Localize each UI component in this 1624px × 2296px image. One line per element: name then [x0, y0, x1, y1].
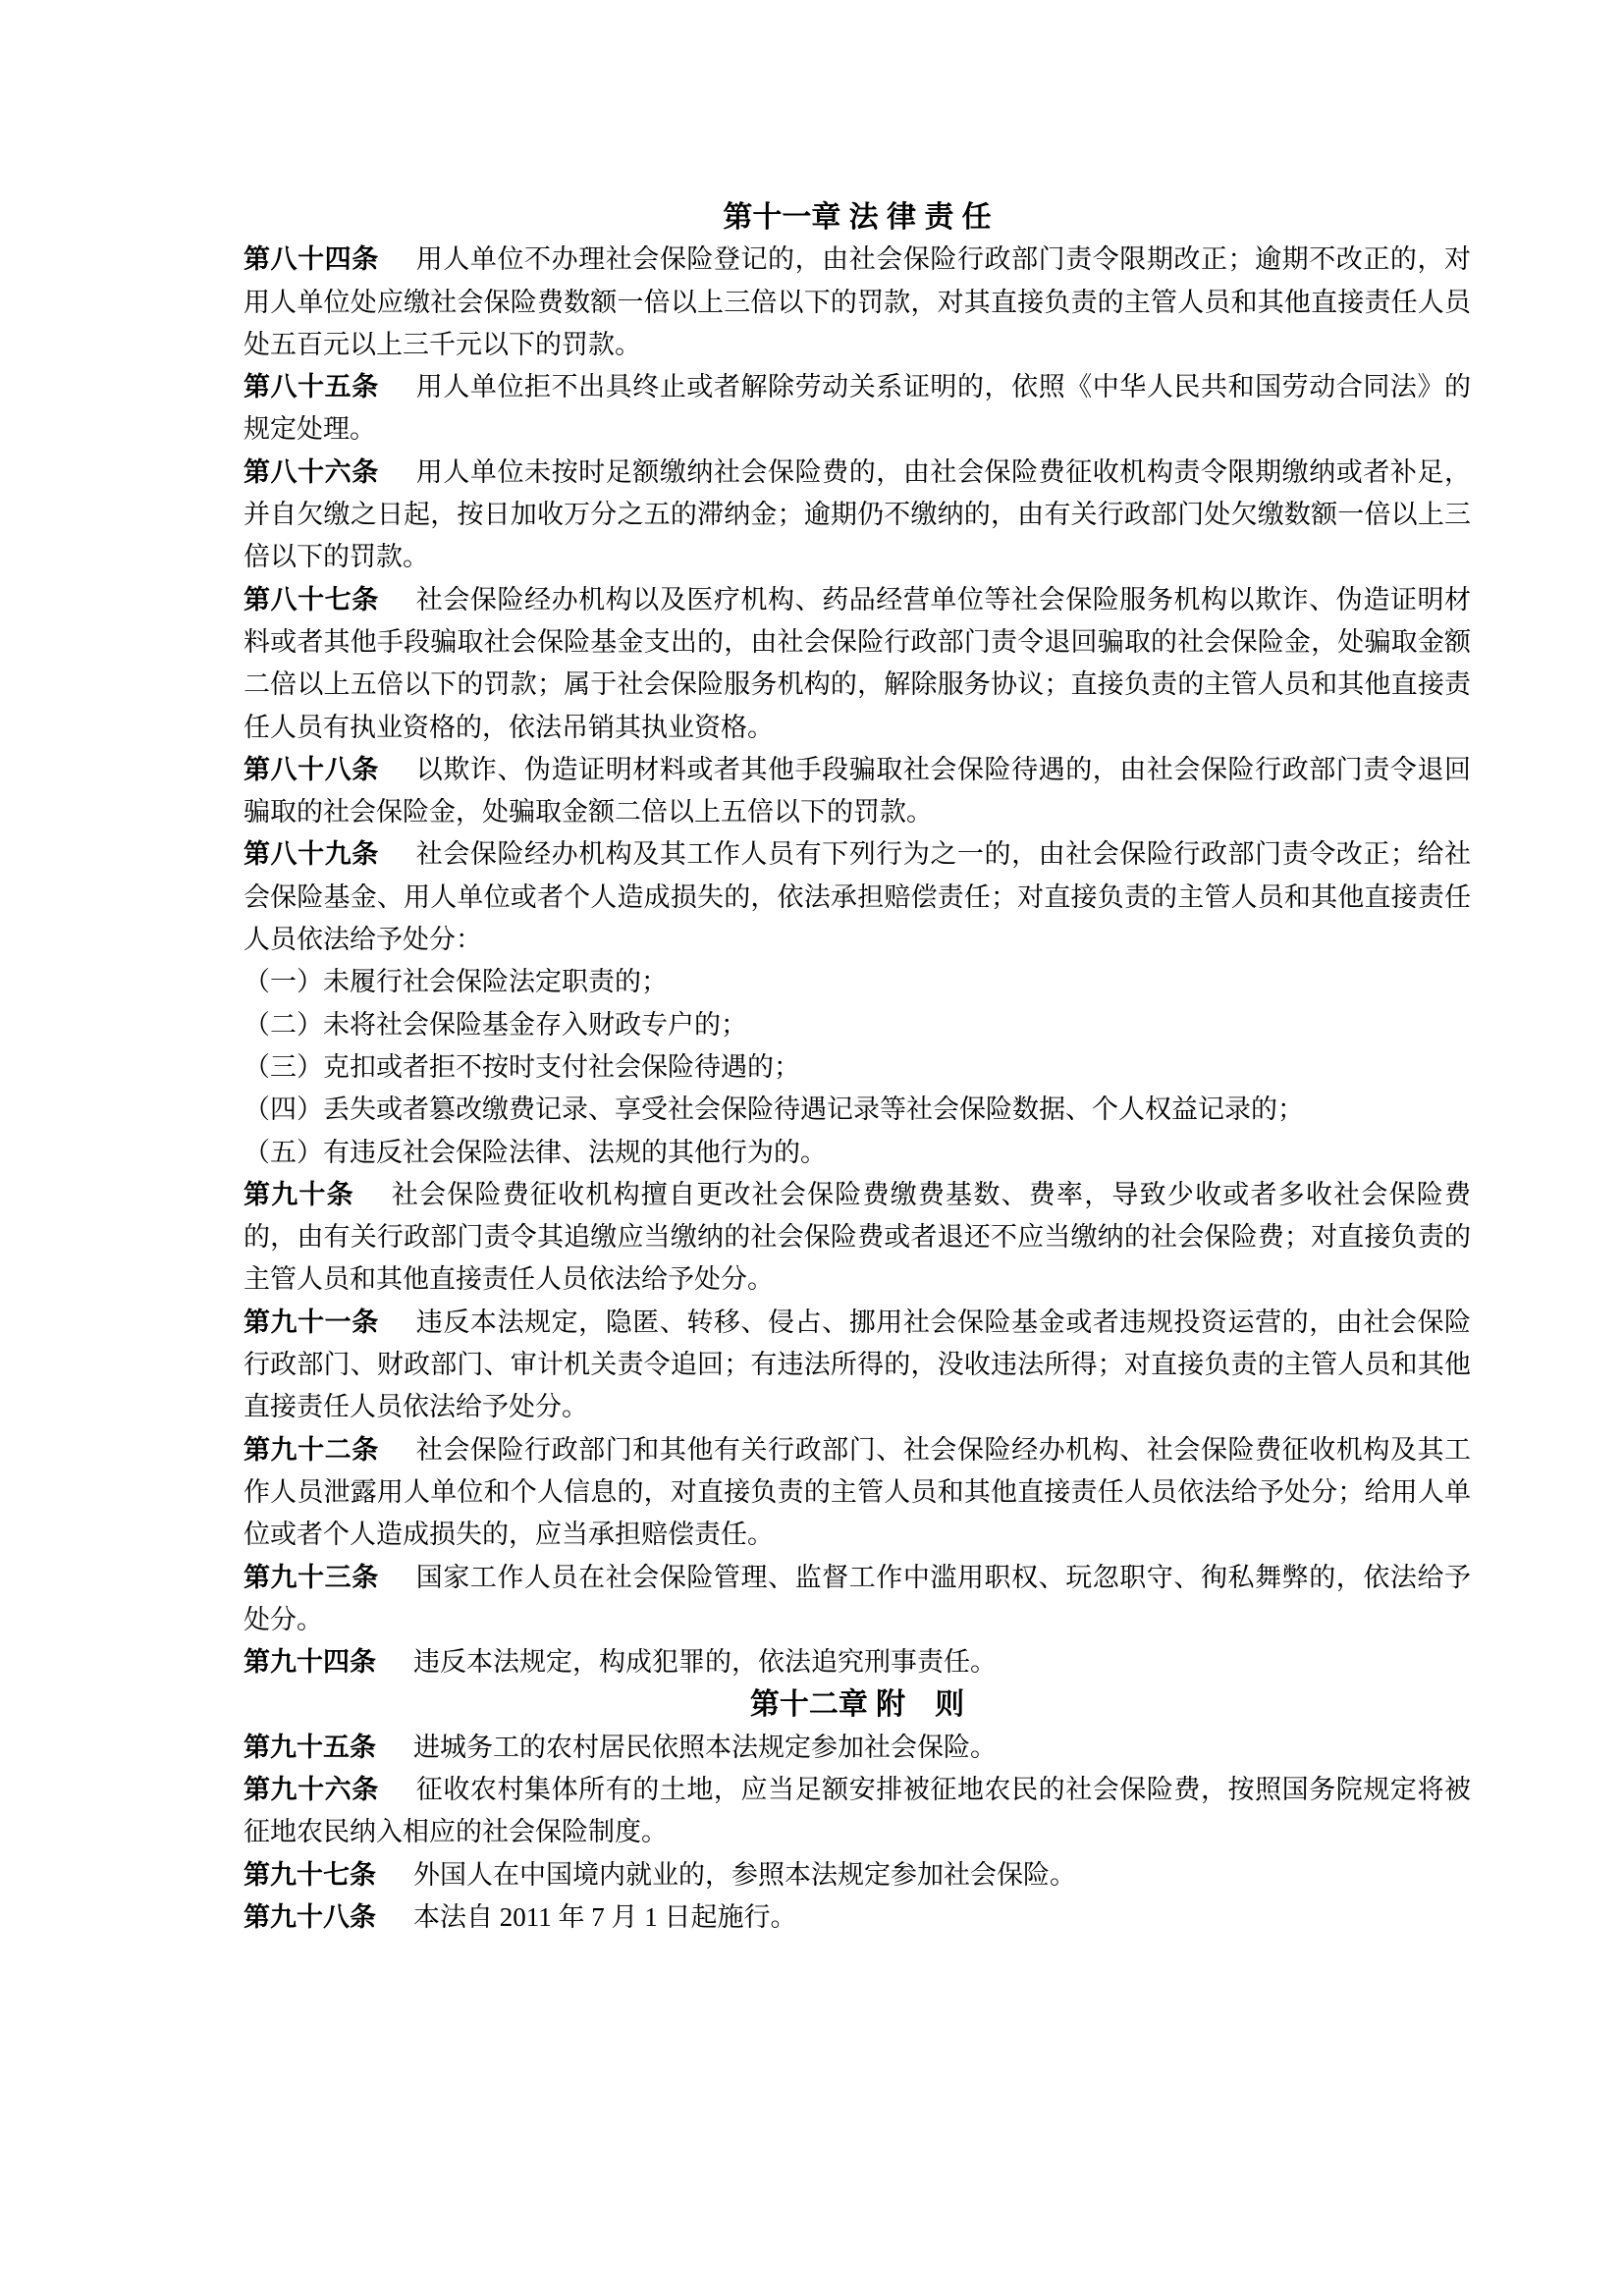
- article-96-number: 第九十六条: [244, 1775, 379, 1804]
- article-96-text: 征收农村集体所有的土地，应当足额安排被征地农民的社会保险费，按照国务院规定将被征…: [244, 1775, 1471, 1846]
- document-page: 第十一章 法 律 责 任 第八十四条用人单位不办理社会保险登记的，由社会保险行政…: [0, 0, 1624, 2296]
- article-90-text: 社会保险费征收机构擅自更改社会保险费缴费基数、费率，导致少收或者多收社会保险费的…: [244, 1180, 1471, 1295]
- article-88: 第八十八条以欺诈、伪造证明材料或者其他手段骗取社会保险待遇的，由社会保险行政部门…: [244, 749, 1471, 834]
- article-92-text: 社会保险行政部门和其他有关行政部门、社会保险经办机构、社会保险费征收机构及其工作…: [244, 1435, 1471, 1550]
- chapter-supplementary-provisions: 第十二章 附 则 第九十五条进城务工的农村居民依照本法规定参加社会保险。 第九十…: [244, 1683, 1471, 1939]
- chapter-legal-liability: 第十一章 法 律 责 任 第八十四条用人单位不办理社会保险登记的，由社会保险行政…: [244, 196, 1471, 1683]
- chapter-12-title: 第十二章 附 则: [244, 1683, 1471, 1726]
- article-95: 第九十五条进城务工的农村居民依照本法规定参加社会保险。: [244, 1727, 1471, 1769]
- article-87-text: 社会保险经办机构以及医疗机构、药品经营单位等社会保险服务机构以欺诈、伪造证明材料…: [244, 585, 1471, 742]
- article-98: 第九十八条本法自 2011 年 7 月 1 日起施行。: [244, 1896, 1471, 1939]
- article-89-number: 第八十九条: [244, 839, 379, 869]
- article-93: 第九十三条国家工作人员在社会保险管理、监督工作中滥用职权、玩忽职守、徇私舞弊的，…: [244, 1557, 1471, 1642]
- article-85: 第八十五条用人单位拒不出具终止或者解除劳动关系证明的，依照《中华人民共和国劳动合…: [244, 366, 1471, 452]
- article-91: 第九十一条违反本法规定，隐匿、转移、侵占、挪用社会保险基金或者违规投资运营的，由…: [244, 1302, 1471, 1429]
- article-89-clause-1: （一）未履行社会保险法定职责的；: [244, 961, 1471, 1003]
- article-88-number: 第八十八条: [244, 755, 379, 784]
- article-89-clause-2: （二）未将社会保险基金存入财政专户的；: [244, 1004, 1471, 1046]
- article-89-text: 社会保险经办机构及其工作人员有下列行为之一的，由社会保险行政部门责令改正；给社会…: [244, 839, 1471, 954]
- article-89-clause-5: （五）有违反社会保险法律、法规的其他行为的。: [244, 1132, 1471, 1174]
- article-97-text: 外国人在中国境内就业的，参照本法规定参加社会保险。: [413, 1860, 1076, 1890]
- article-89-clause-3: （三）克扣或者拒不按时支付社会保险待遇的；: [244, 1046, 1471, 1089]
- article-89: 第八十九条社会保险经办机构及其工作人员有下列行为之一的，由社会保险行政部门责令改…: [244, 833, 1471, 961]
- article-85-text: 用人单位拒不出具终止或者解除劳动关系证明的，依照《中华人民共和国劳动合同法》的规…: [244, 372, 1471, 444]
- article-91-text: 违反本法规定，隐匿、转移、侵占、挪用社会保险基金或者违规投资运营的，由社会保险行…: [244, 1308, 1471, 1422]
- article-94: 第九十四条违反本法规定，构成犯罪的，依法追究刑事责任。: [244, 1641, 1471, 1683]
- article-87: 第八十七条社会保险经办机构以及医疗机构、药品经营单位等社会保险服务机构以欺诈、伪…: [244, 579, 1471, 749]
- chapter-11-title: 第十一章 法 律 责 任: [244, 196, 1471, 239]
- article-84: 第八十四条用人单位不办理社会保险登记的，由社会保险行政部门责令限期改正；逾期不改…: [244, 239, 1471, 366]
- article-95-number: 第九十五条: [244, 1733, 376, 1762]
- article-86-text: 用人单位未按时足额缴纳社会保险费的，由社会保险费征收机构责令限期缴纳或者补足，并…: [244, 457, 1471, 572]
- article-84-text: 用人单位不办理社会保险登记的，由社会保险行政部门责令限期改正；逾期不改正的，对用…: [244, 244, 1471, 359]
- article-84-number: 第八十四条: [244, 244, 379, 274]
- article-93-text: 国家工作人员在社会保险管理、监督工作中滥用职权、玩忽职守、徇私舞弊的，依法给予处…: [244, 1563, 1471, 1634]
- article-90: 第九十条社会保险费征收机构擅自更改社会保险费缴费基数、费率，导致少收或者多收社会…: [244, 1174, 1471, 1302]
- article-94-number: 第九十四条: [244, 1647, 376, 1677]
- article-88-text: 以欺诈、伪造证明材料或者其他手段骗取社会保险待遇的，由社会保险行政部门责令退回骗…: [244, 755, 1471, 827]
- article-90-number: 第九十条: [244, 1180, 354, 1209]
- article-91-number: 第九十一条: [244, 1308, 379, 1337]
- article-94-text: 违反本法规定，构成犯罪的，依法追究刑事责任。: [413, 1647, 997, 1677]
- article-85-number: 第八十五条: [244, 372, 379, 401]
- article-92-number: 第九十二条: [244, 1435, 379, 1465]
- article-98-text: 本法自 2011 年 7 月 1 日起施行。: [413, 1902, 797, 1932]
- article-92: 第九十二条社会保险行政部门和其他有关行政部门、社会保险经办机构、社会保险费征收机…: [244, 1429, 1471, 1557]
- article-86: 第八十六条用人单位未按时足额缴纳社会保险费的，由社会保险费征收机构责令限期缴纳或…: [244, 452, 1471, 579]
- article-97-number: 第九十七条: [244, 1860, 376, 1890]
- article-97: 第九十七条外国人在中国境内就业的，参照本法规定参加社会保险。: [244, 1854, 1471, 1896]
- article-89-clause-4: （四）丢失或者篡改缴费记录、享受社会保险待遇记录等社会保险数据、个人权益记录的；: [244, 1089, 1471, 1131]
- article-95-text: 进城务工的农村居民依照本法规定参加社会保险。: [413, 1733, 997, 1762]
- article-86-number: 第八十六条: [244, 457, 379, 487]
- article-96: 第九十六条征收农村集体所有的土地，应当足额安排被征地农民的社会保险费，按照国务院…: [244, 1769, 1471, 1854]
- article-87-number: 第八十七条: [244, 585, 379, 614]
- article-93-number: 第九十三条: [244, 1563, 379, 1592]
- article-98-number: 第九十八条: [244, 1902, 376, 1932]
